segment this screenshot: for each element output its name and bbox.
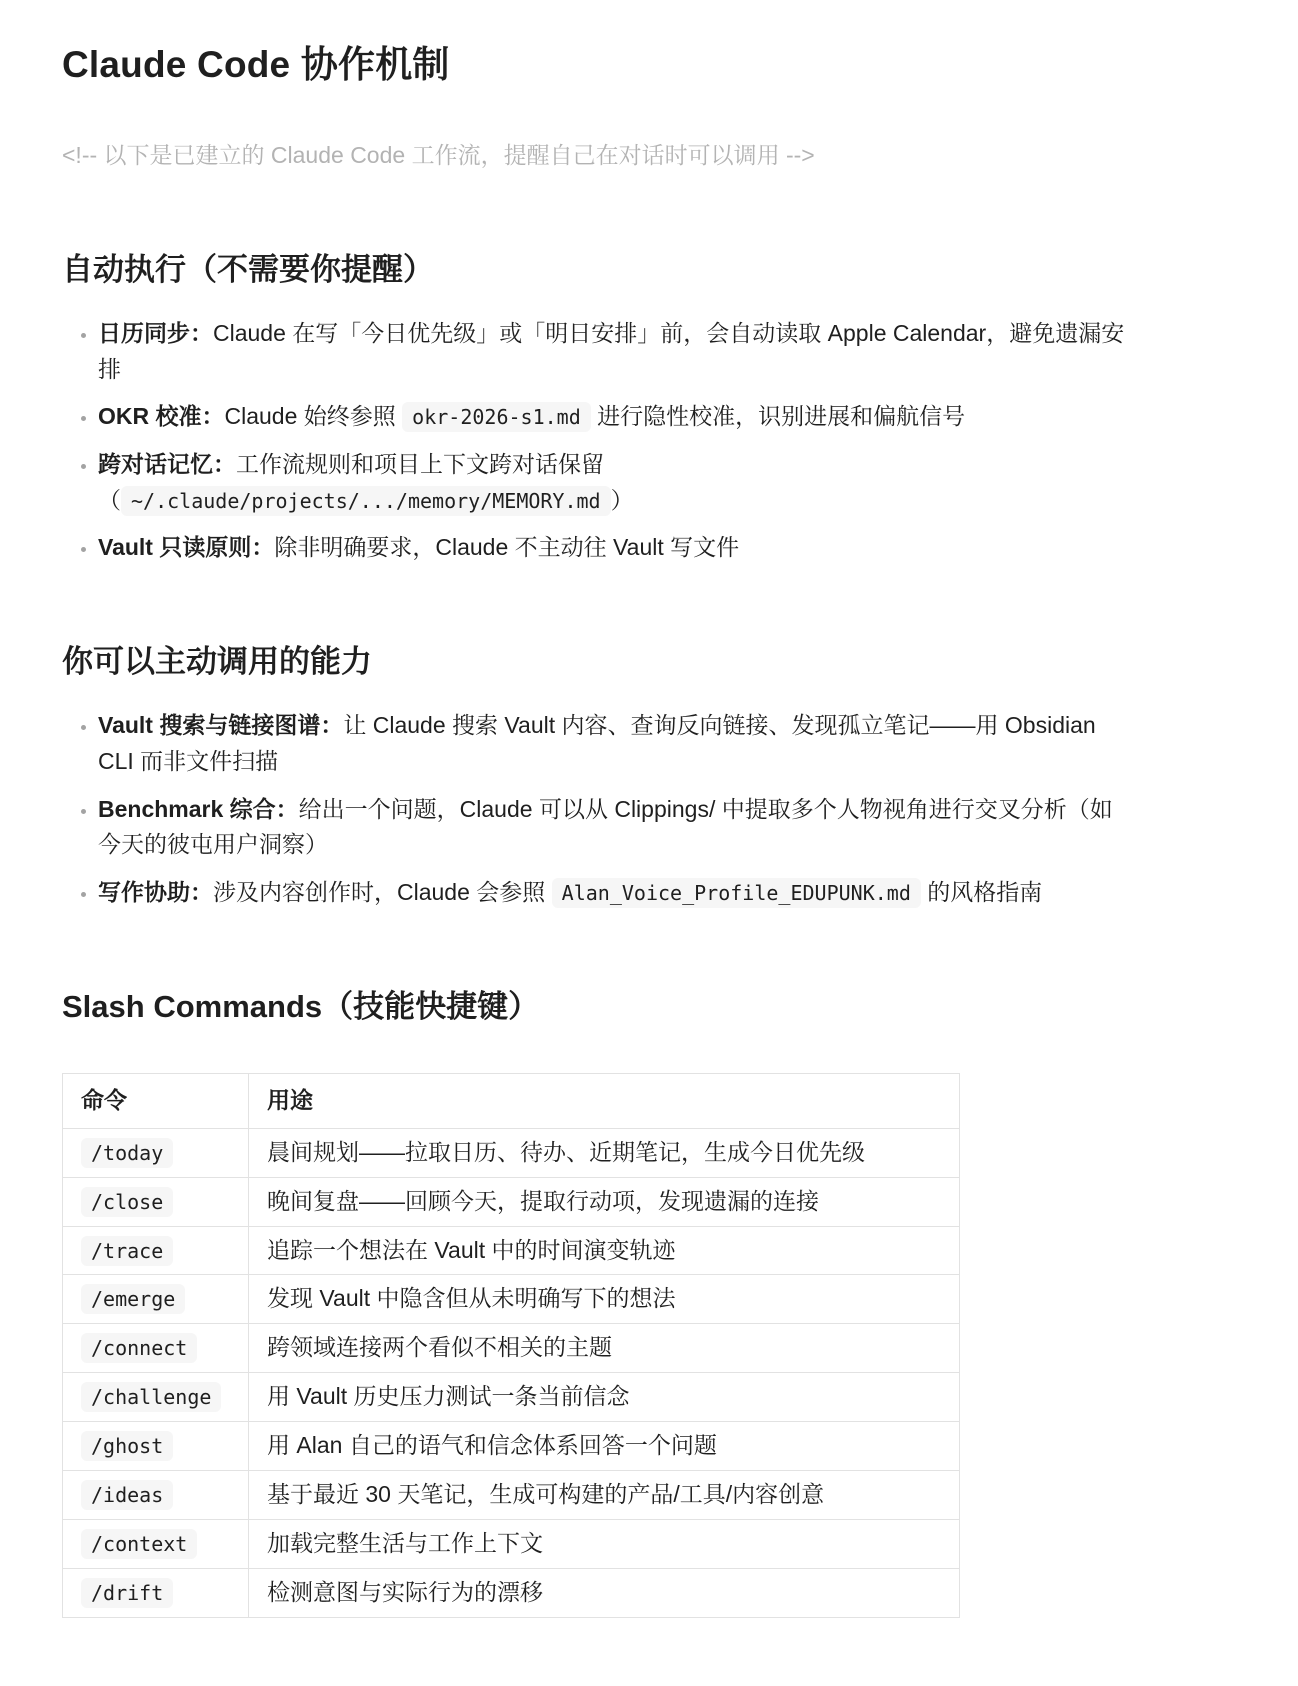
usage-cell: 追踪一个想法在 Vault 中的时间演变轨迹 [249,1226,960,1275]
bullet-label: 跨对话记忆： [98,451,236,477]
inline-code: Alan_Voice_Profile_EDUPUNK.md [552,878,921,908]
command-code: /drift [81,1578,173,1608]
usage-cell: 晨间规划——拉取日历、待办、近期笔记，生成今日优先级 [249,1128,960,1177]
command-cell: /context [63,1519,249,1568]
column-header-usage: 用途 [249,1073,960,1128]
command-cell: /ghost [63,1422,249,1471]
command-cell: /challenge [63,1373,249,1422]
markdown-document: Claude Code 协作机制 <!-- 以下是已建立的 Claude Cod… [0,0,1194,1668]
table-row: /challenge用 Vault 历史压力测试一条当前信念 [63,1373,960,1422]
table-row: /ideas基于最近 30 天笔记，生成可构建的产品/工具/内容创意 [63,1470,960,1519]
section-slash-commands: Slash Commands（技能快捷键） 命令 用途 /today晨间规划——… [62,987,1194,1618]
command-cell: /emerge [63,1275,249,1324]
command-cell: /connect [63,1324,249,1373]
bullet-item: Vault 搜索与链接图谱：让 Claude 搜索 Vault 内容、查询反向链… [98,708,1133,779]
command-code: /trace [81,1236,173,1266]
commands-table-body: /today晨间规划——拉取日历、待办、近期笔记，生成今日优先级/close晚间… [63,1128,960,1617]
section-capabilities: 你可以主动调用的能力 Vault 搜索与链接图谱：让 Claude 搜索 Vau… [62,642,1194,911]
usage-cell: 发现 Vault 中隐含但从未明确写下的想法 [249,1275,960,1324]
usage-cell: 加载完整生活与工作上下文 [249,1519,960,1568]
column-header-command: 命令 [63,1073,249,1128]
command-code: /close [81,1187,173,1217]
section-heading-capabilities: 你可以主动调用的能力 [62,642,1194,682]
inline-code: okr-2026-s1.md [402,402,591,432]
command-cell: /close [63,1177,249,1226]
usage-cell: 跨领域连接两个看似不相关的主题 [249,1324,960,1373]
command-code: /context [81,1529,197,1559]
table-row: /connect跨领域连接两个看似不相关的主题 [63,1324,960,1373]
section-heading-slash-commands: Slash Commands（技能快捷键） [62,987,1194,1027]
usage-cell: 用 Alan 自己的语气和信念体系回答一个问题 [249,1422,960,1471]
command-code: /connect [81,1333,197,1363]
bullet-item: 写作协助：涉及内容创作时，Claude 会参照 Alan_Voice_Profi… [98,875,1133,911]
command-cell: /trace [63,1226,249,1275]
inline-code: ~/.claude/projects/.../memory/MEMORY.md [121,486,611,516]
page-title: Claude Code 协作机制 [62,42,1194,88]
bullet-label: 日历同步： [98,320,213,346]
usage-cell: 用 Vault 历史压力测试一条当前信念 [249,1373,960,1422]
table-row: /ghost用 Alan 自己的语气和信念体系回答一个问题 [63,1422,960,1471]
bullet-item: Vault 只读原则：除非明确要求，Claude 不主动往 Vault 写文件 [98,530,1133,566]
bullet-label: 写作协助： [98,879,213,905]
table-row: /context加载完整生活与工作上下文 [63,1519,960,1568]
bullet-label: Vault 只读原则： [98,534,274,560]
bullet-list-auto-exec: 日历同步：Claude 在写「今日优先级」或「明日安排」前，会自动读取 Appl… [62,316,1133,566]
bullet-item: 日历同步：Claude 在写「今日优先级」或「明日安排」前，会自动读取 Appl… [98,316,1133,387]
usage-cell: 基于最近 30 天笔记，生成可构建的产品/工具/内容创意 [249,1470,960,1519]
command-code: /ghost [81,1431,173,1461]
command-code: /emerge [81,1284,185,1314]
command-code: /ideas [81,1480,173,1510]
command-code: /today [81,1138,173,1168]
table-header-row: 命令 用途 [63,1073,960,1128]
command-code: /challenge [81,1382,221,1412]
bullet-label: OKR 校准： [98,403,225,429]
table-row: /drift检测意图与实际行为的漂移 [63,1568,960,1617]
section-auto-exec: 自动执行（不需要你提醒） 日历同步：Claude 在写「今日优先级」或「明日安排… [62,250,1194,566]
table-row: /close晚间复盘——回顾今天，提取行动项，发现遗漏的连接 [63,1177,960,1226]
table-row: /today晨间规划——拉取日历、待办、近期笔记，生成今日优先级 [63,1128,960,1177]
html-comment-note: <!-- 以下是已建立的 Claude Code 工作流，提醒自己在对话时可以调… [62,138,1194,174]
bullet-item: 跨对话记忆：工作流规则和项目上下文跨对话保留（~/.claude/project… [98,447,1133,518]
bullet-label: Vault 搜索与链接图谱： [98,712,343,738]
bullet-list-capabilities: Vault 搜索与链接图谱：让 Claude 搜索 Vault 内容、查询反向链… [62,708,1133,910]
bullet-label: Benchmark 综合： [98,796,299,822]
section-heading-auto-exec: 自动执行（不需要你提醒） [62,250,1194,290]
command-cell: /today [63,1128,249,1177]
usage-cell: 检测意图与实际行为的漂移 [249,1568,960,1617]
bullet-item: Benchmark 综合：给出一个问题，Claude 可以从 Clippings… [98,792,1133,863]
table-row: /emerge发现 Vault 中隐含但从未明确写下的想法 [63,1275,960,1324]
command-cell: /ideas [63,1470,249,1519]
bullet-item: OKR 校准：Claude 始终参照 okr-2026-s1.md 进行隐性校准… [98,399,1133,435]
commands-table: 命令 用途 /today晨间规划——拉取日历、待办、近期笔记，生成今日优先级/c… [62,1073,960,1618]
command-cell: /drift [63,1568,249,1617]
usage-cell: 晚间复盘——回顾今天，提取行动项，发现遗漏的连接 [249,1177,960,1226]
table-row: /trace追踪一个想法在 Vault 中的时间演变轨迹 [63,1226,960,1275]
